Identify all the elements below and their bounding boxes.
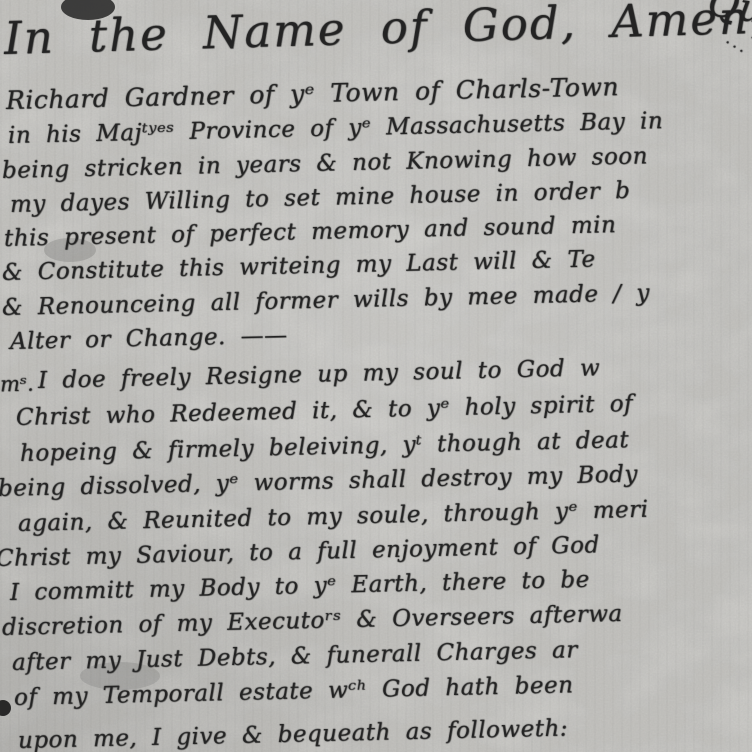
manuscript-page: In the Name of God, Amen, —— Qu ... mˢ. … [0,0,752,752]
margin-note-fragment: mˢ. [0,372,34,397]
manuscript-line: Alter or Change. —— [10,321,288,357]
